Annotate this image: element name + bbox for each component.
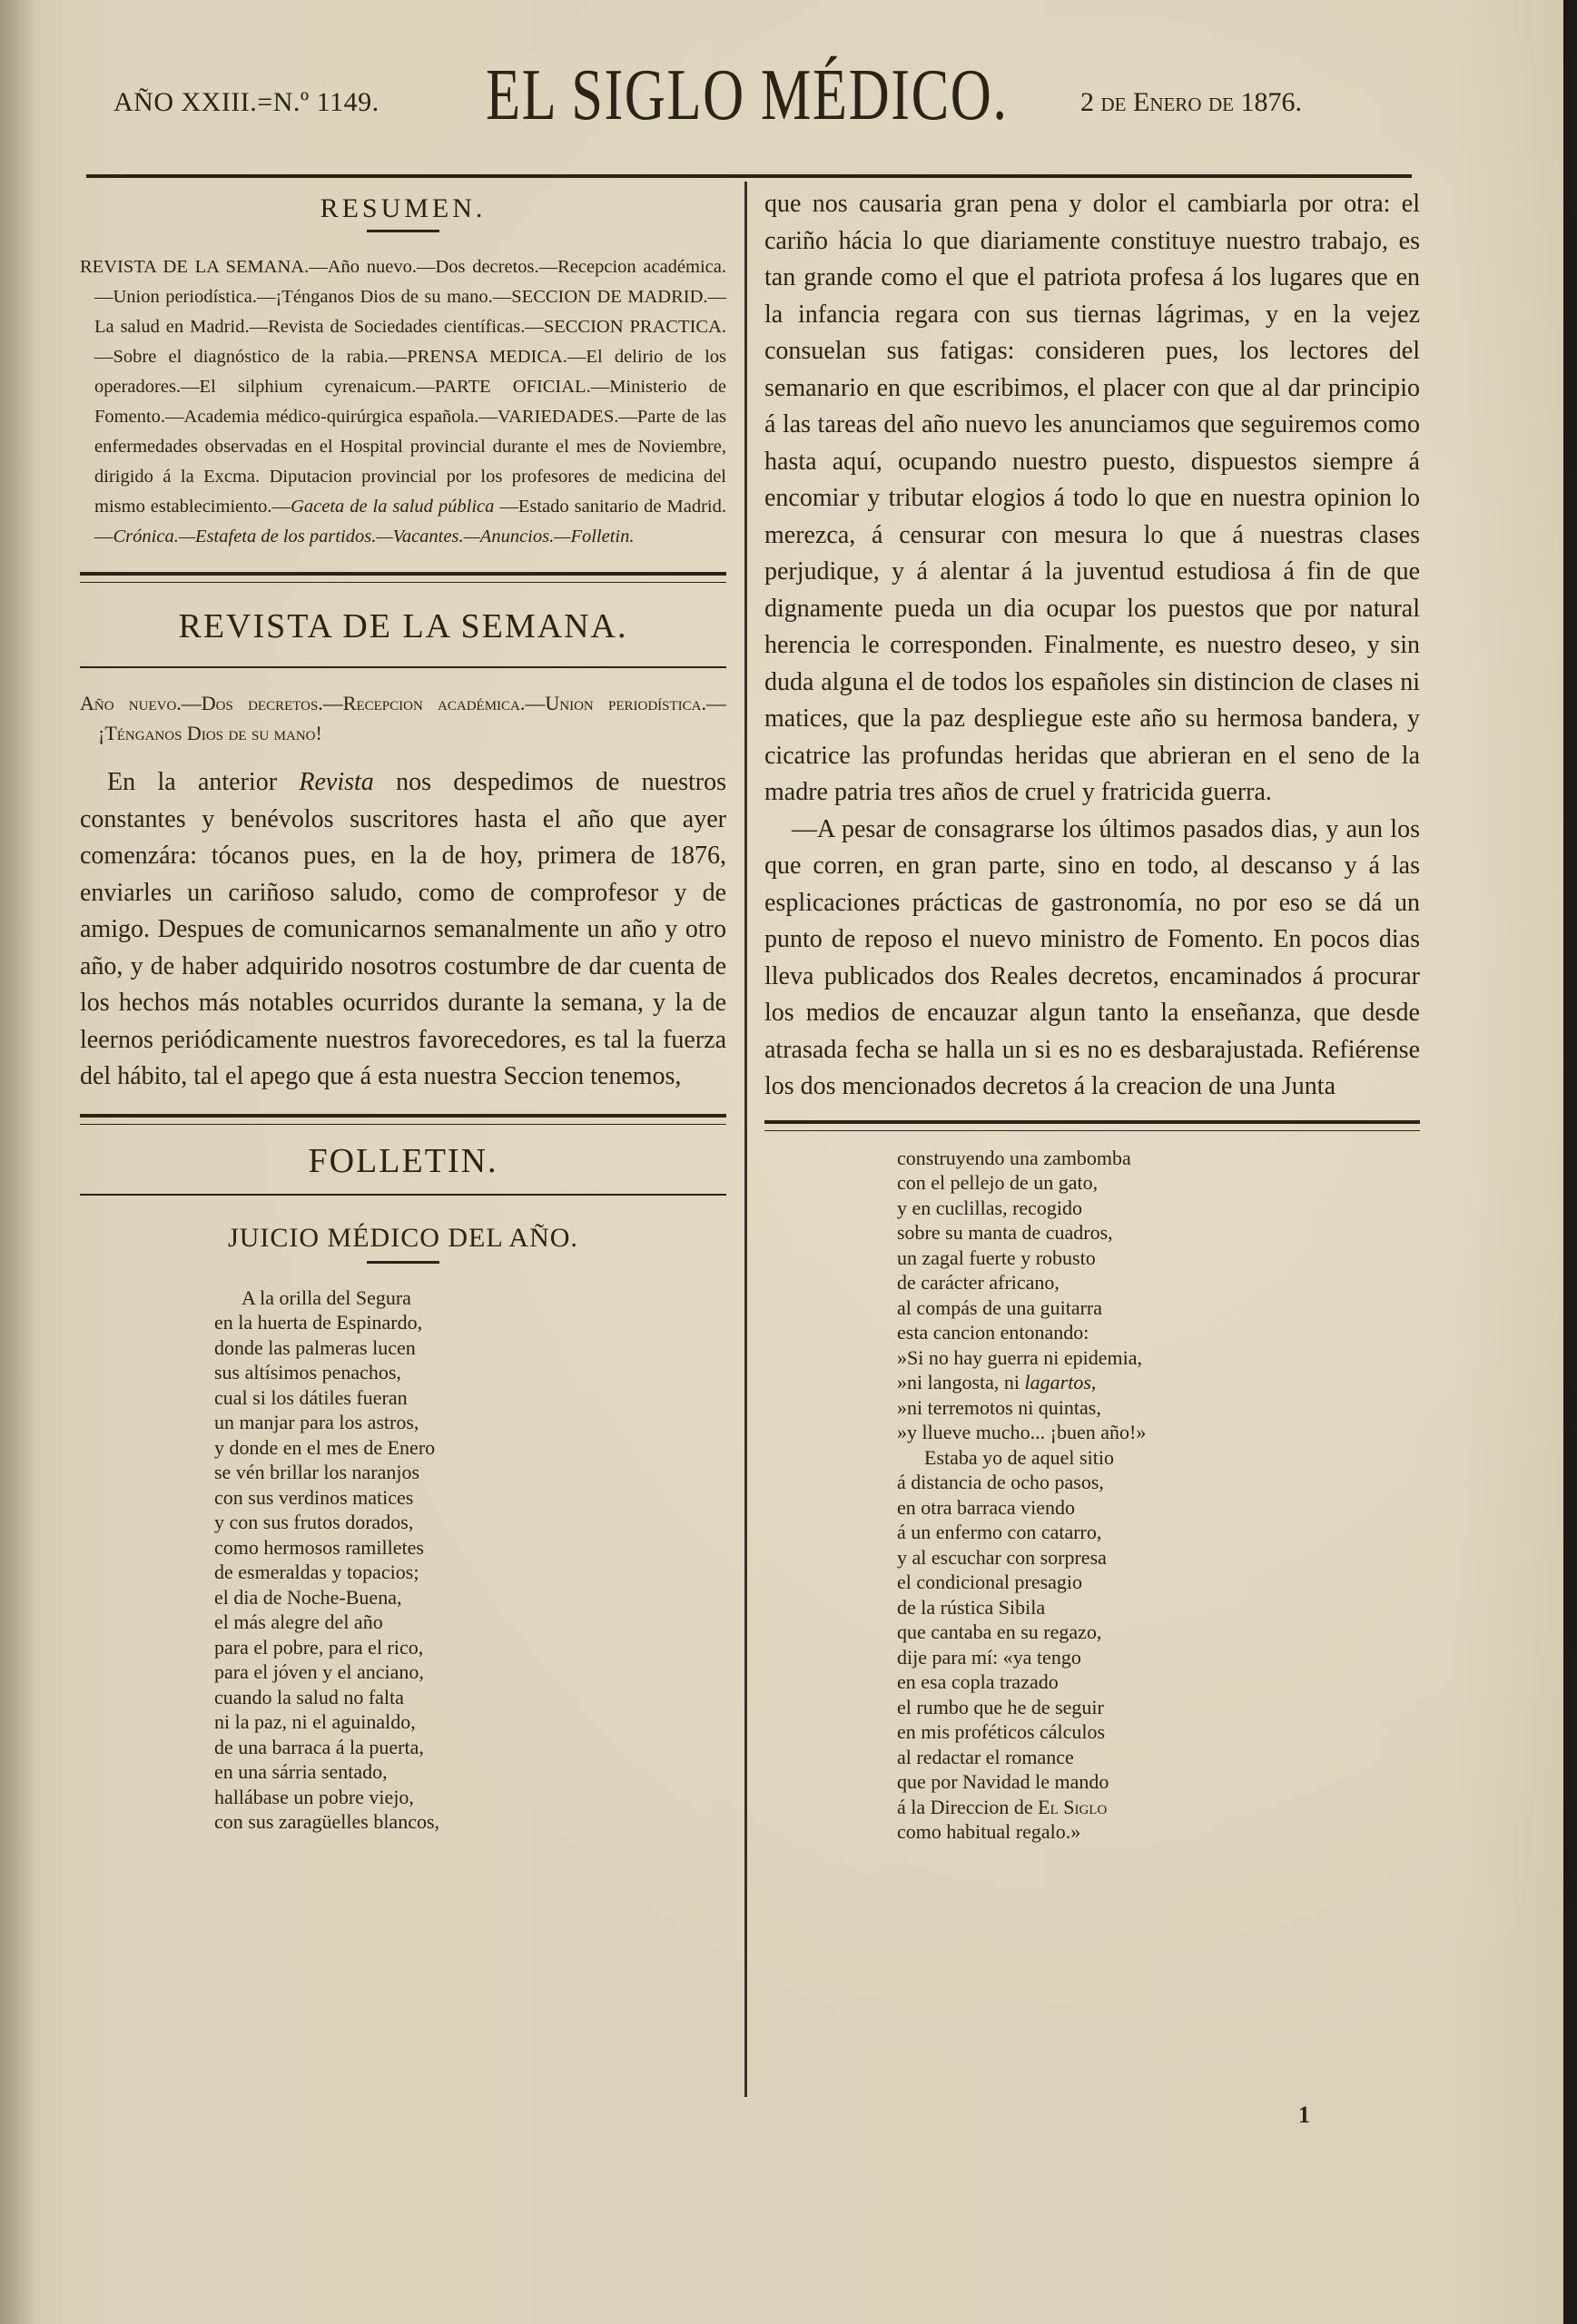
poem-line: al compás de una guitarra: [897, 1295, 1420, 1321]
issue-number: AÑO XXIII.=N.º 1149.: [113, 87, 379, 118]
poem-line: como habitual regalo.»: [897, 1819, 1420, 1845]
poem-line: de carácter africano,: [897, 1270, 1420, 1295]
italic-text: lagartos: [1025, 1371, 1091, 1393]
resumen-rule: [367, 230, 439, 232]
poem-line: en la huerta de Espinardo,: [214, 1310, 726, 1335]
revista-rule: [80, 666, 726, 668]
poem-line: á distancia de ocho pasos,: [897, 1470, 1420, 1495]
masthead-rule: [86, 174, 1412, 178]
poem-line: »ni langosta, ni lagartos,: [897, 1370, 1420, 1395]
poem-left: A la orilla del Seguraen la huerta de Es…: [80, 1285, 726, 1835]
left-column: RESUMEN. REVISTA DE LA SEMANA.—Año nuevo…: [80, 186, 726, 1835]
text: nos despedimos de nuestros constantes y …: [80, 768, 726, 1090]
poem-line: y en cuclillas, recogido: [897, 1196, 1420, 1221]
poem-line: el dia de Noche-Buena,: [214, 1585, 726, 1610]
binding-shadow: [0, 0, 36, 2324]
poem-right: construyendo una zambombacon el pellejo …: [764, 1146, 1420, 1845]
newspaper-title: EL SIGLO MÉDICO.: [486, 54, 1009, 137]
masthead: AÑO XXIII.=N.º 1149. EL SIGLO MÉDICO. 2 …: [109, 64, 1398, 127]
revista-title: REVISTA DE LA SEMANA.: [80, 606, 726, 646]
poem-line: con sus verdinos matices: [214, 1485, 726, 1511]
revista-paragraph-1: En la anterior Revista nos despedimos de…: [80, 764, 726, 1096]
poem-line: de una barraca á la puerta,: [214, 1735, 726, 1760]
revista-body-right: que nos causaria gran pena y dolor el ca…: [764, 186, 1420, 1106]
small-caps-text: El Siglo: [1038, 1796, 1107, 1818]
poem-line: cual si los dátiles fueran: [214, 1385, 726, 1411]
folletin-subtitle: JUICIO MÉDICO DEL AÑO.: [80, 1223, 726, 1254]
poem-line: de esmeraldas y topacios;: [214, 1560, 726, 1585]
text: ,: [1091, 1371, 1097, 1393]
resumen-text: REVISTA DE LA SEMANA.—Año nuevo.—Dos dec…: [80, 252, 726, 552]
issue-date: 2 de Enero de 1876.: [1080, 87, 1302, 118]
poem-line: un zagal fuerte y robusto: [897, 1246, 1420, 1271]
poem-line: A la orilla del Segura: [214, 1285, 726, 1311]
right-column: que nos causaria gran pena y dolor el ca…: [764, 186, 1420, 1845]
poem-line: de la rústica Sibila: [897, 1595, 1420, 1620]
poem-line: construyendo una zambomba: [897, 1146, 1420, 1171]
revista-paragraph-2: —A pesar de consagrarse los últimos pasa…: [764, 812, 1420, 1106]
poem-line: »ni terremotos ni quintas,: [897, 1395, 1420, 1421]
page-number: 1: [1298, 2102, 1310, 2129]
poem-line: sus altísimos penachos,: [214, 1360, 726, 1385]
poem-line: en esa copla trazado: [897, 1669, 1420, 1695]
poem-line: con sus zaragüelles blancos,: [214, 1809, 726, 1835]
poem-line: en una sárria sentado,: [214, 1759, 726, 1785]
text: á la Direccion de: [897, 1796, 1038, 1818]
resumen-part-italic: Crónica.—Estafeta de los partidos.—Vacan…: [113, 527, 635, 547]
poem-line: en mis proféticos cálculos: [897, 1719, 1420, 1745]
folletin-rule: [80, 1194, 726, 1196]
resumen-part-italic: Gaceta de la salud pública: [291, 497, 494, 517]
text: »ni langosta, ni: [897, 1371, 1025, 1393]
poem-line: el más alegre del año: [214, 1610, 726, 1635]
section-divider: [80, 572, 726, 583]
newspaper-page: AÑO XXIII.=N.º 1149. EL SIGLO MÉDICO. 2 …: [0, 0, 1563, 2324]
poem-line: como hermosos ramilletes: [214, 1535, 726, 1561]
revista-body-left: En la anterior Revista nos despedimos de…: [80, 764, 726, 1096]
poem-line: sobre su manta de cuadros,: [897, 1220, 1420, 1246]
poem-line: donde las palmeras lucen: [214, 1335, 726, 1361]
poem-line: ni la paz, ni el aguinaldo,: [214, 1709, 726, 1735]
poem-line: se vén brillar los naranjos: [214, 1460, 726, 1485]
folletin-divider: [80, 1114, 726, 1125]
poem-line: á un enfermo con catarro,: [897, 1520, 1420, 1545]
italic-text: Revista: [299, 768, 373, 796]
page-edge: [1563, 0, 1577, 2324]
poem-line: cuando la salud no falta: [214, 1685, 726, 1710]
poem-line: esta cancion entonando:: [897, 1320, 1420, 1345]
poem-right-part-c: á distancia de ocho pasos,en otra barrac…: [897, 1470, 1420, 1795]
poem-line: para el pobre, para el rico,: [214, 1635, 726, 1660]
revista-paragraph-1-continued: que nos causaria gran pena y dolor el ca…: [764, 186, 1420, 812]
poem-line: y al escuchar con sorpresa: [897, 1545, 1420, 1571]
poem-line: con el pellejo de un gato,: [897, 1170, 1420, 1196]
revista-summary: Año nuevo.—Dos decretos.—Recepcion acadé…: [80, 688, 726, 748]
poem-line: y con sus frutos dorados,: [214, 1510, 726, 1535]
poem-line: »Si no hay guerra ni epidemia,: [897, 1345, 1420, 1371]
folletin-title: FOLLETIN.: [80, 1141, 726, 1181]
poem-line: el condicional presagio: [897, 1570, 1420, 1595]
text: En la anterior: [107, 768, 299, 796]
poem-line: Estaba yo de aquel sitio: [897, 1445, 1420, 1471]
poem-line: en otra barraca viendo: [897, 1495, 1420, 1521]
poem-right-part-a: construyendo una zambombacon el pellejo …: [897, 1146, 1420, 1371]
poem-line: que por Navidad le mando: [897, 1769, 1420, 1795]
poem-line: hallábase un pobre viejo,: [214, 1785, 726, 1810]
folletin-subrule: [367, 1261, 439, 1264]
issue-date-day: 2: [1080, 87, 1094, 117]
poem-line: el rumbo que he de seguir: [897, 1695, 1420, 1720]
poem-line: á la Direccion de El Siglo: [897, 1795, 1420, 1820]
poem-line: al redactar el romance: [897, 1745, 1420, 1770]
issue-date-rest: de Enero de 1876.: [1101, 87, 1302, 117]
resumen-title: RESUMEN.: [80, 193, 726, 224]
poem-right-part-b: »ni terremotos ni quintas,»y llueve much…: [897, 1395, 1420, 1445]
resumen-part: REVISTA DE LA SEMANA.—Año nuevo.—Dos dec…: [80, 257, 726, 517]
poem-line: »y llueve mucho... ¡buen año!»: [897, 1420, 1420, 1445]
poem-line: y donde en el mes de Enero: [214, 1435, 726, 1461]
poem-line: dije para mí: «ya tengo: [897, 1645, 1420, 1670]
poem-line: que cantaba en su regazo,: [897, 1620, 1420, 1645]
poem-line: para el jóven y el anciano,: [214, 1659, 726, 1685]
column-divider: [744, 182, 747, 2097]
folletin-divider-right: [764, 1120, 1420, 1131]
poem-line: un manjar para los astros,: [214, 1410, 726, 1435]
